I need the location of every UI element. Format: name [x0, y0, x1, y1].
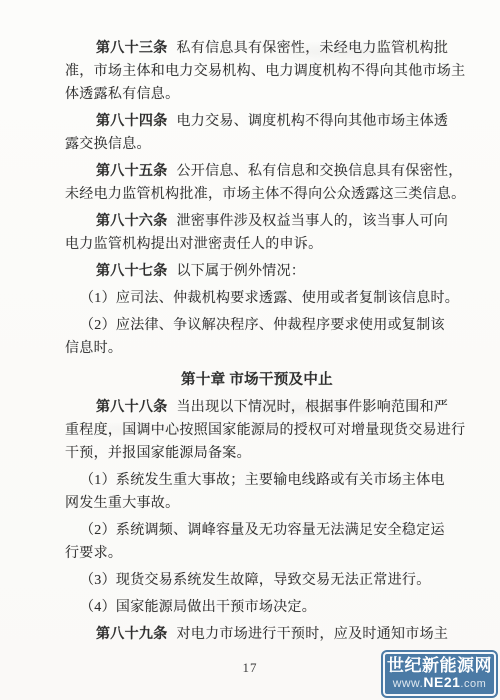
doc-line: 第八十六条泄密事件涉及权益当事人的，该当事人可向 — [65, 210, 477, 233]
doc-line-text: 体透露私有信息。 — [65, 87, 179, 102]
article-number: 第八十八条 — [96, 400, 168, 415]
doc-line-text: 泄密事件涉及权益当事人的，该当事人可向 — [177, 214, 449, 229]
doc-line-text: 电力交易、调度机构不得向其他市场主体透 — [177, 114, 449, 129]
document-page: 第八十三条私有信息具有保密性，未经电力监管机构批准，市场主体和电力交易机构、电力… — [0, 0, 500, 700]
doc-line-text: （2）系统调频、调峰容量及无功容量无法满足安全稳定运 — [80, 523, 445, 538]
doc-line-text: （1）应司法、仲裁机构要求透露、使用或者复制该信息时。 — [80, 291, 459, 306]
doc-line: （3）现货交易系统发生故障，导致交易无法正常进行。 — [65, 569, 477, 592]
doc-line-text: 干预，并报国家能源局备案。 — [65, 446, 251, 461]
article-number: 第八十四条 — [96, 114, 168, 129]
article-number: 第八十五条 — [96, 164, 168, 179]
doc-line: 第八十五条公开信息、私有信息和交换信息具有保密性， — [65, 160, 477, 183]
doc-line-text: 以下属于例外情况： — [177, 264, 306, 279]
doc-line-text: 电力监管机构提出对泄密责任人的申诉。 — [65, 237, 322, 252]
doc-line: 信息时。 — [65, 337, 477, 360]
article-number: 第八十六条 — [96, 214, 168, 229]
doc-line: 重程度，国调中心按照国家能源局的授权可对增量现货交易进行 — [65, 419, 477, 442]
watermark-site-name: 世纪新能源网 — [387, 656, 492, 675]
doc-line-text: 第十章 市场干预及中止 — [181, 372, 333, 388]
watermark-url-suffix: .com — [460, 678, 486, 690]
doc-line-text: 未经电力监管机构批准，市场主体不得向公众透露这三类信息。 — [65, 187, 465, 202]
doc-line: 干预，并报国家能源局备案。 — [65, 442, 477, 465]
doc-line: 第八十三条私有信息具有保密性，未经电力监管机构批 — [65, 37, 477, 60]
doc-line: 第八十四条电力交易、调度机构不得向其他市场主体透 — [65, 110, 477, 133]
doc-line-text: 当出现以下情况时，根据事件影响范围和严 — [177, 400, 449, 415]
doc-line: 准，市场主体和电力交易机构、电力调度机构不得向其他市场主 — [65, 60, 477, 83]
doc-line: 行要求。 — [65, 542, 477, 565]
doc-line: （4）国家能源局做出干预市场决定。 — [65, 596, 477, 619]
doc-line: 第八十九条对电力市场进行干预时，应及时通知市场主 — [65, 623, 477, 646]
doc-line-text: 重程度，国调中心按照国家能源局的授权可对增量现货交易进行 — [65, 423, 465, 438]
doc-line-text: 准，市场主体和电力交易机构、电力调度机构不得向其他市场主 — [65, 64, 465, 79]
doc-line: （2）系统调频、调峰容量及无功容量无法满足安全稳定运 — [65, 519, 477, 542]
doc-line: 未经电力监管机构批准，市场主体不得向公众透露这三类信息。 — [65, 183, 477, 206]
doc-line-text: 对电力市场进行干预时，应及时通知市场主 — [177, 627, 449, 642]
doc-line-text: （3）现货交易系统发生故障，导致交易无法正常进行。 — [80, 573, 431, 588]
document-text-block: 第八十三条私有信息具有保密性，未经电力监管机构批准，市场主体和电力交易机构、电力… — [65, 33, 477, 646]
doc-line-text: 公开信息、私有信息和交换信息具有保密性， — [177, 164, 463, 179]
doc-line-text: （4）国家能源局做出干预市场决定。 — [80, 600, 316, 615]
doc-line: （2）应法律、争议解决程序、仲裁程序要求使用或复制该 — [65, 314, 477, 337]
article-number: 第八十三条 — [96, 41, 168, 56]
article-number: 第八十七条 — [96, 264, 168, 279]
doc-line-text: 私有信息具有保密性，未经电力监管机构批 — [177, 41, 449, 56]
watermark-badge: 世纪新能源网 www.NE21.com — [381, 650, 498, 698]
doc-line: （1）应司法、仲裁机构要求透露、使用或者复制该信息时。 — [65, 287, 477, 310]
watermark-url-prefix: www. — [393, 676, 424, 690]
watermark-border: 世纪新能源网 www.NE21.com — [383, 652, 496, 696]
doc-line-text: 网发生重大事故。 — [65, 496, 179, 511]
doc-line-text: 露交换信息。 — [65, 137, 151, 152]
doc-line-text: （1）系统发生重大事故；主要输电线路或有关市场主体电 — [80, 473, 445, 488]
doc-line: 露交换信息。 — [65, 133, 477, 156]
doc-line-text: 信息时。 — [65, 341, 122, 356]
doc-line: 网发生重大事故。 — [65, 492, 477, 515]
watermark-url: www.NE21.com — [393, 675, 487, 692]
doc-line: 体透露私有信息。 — [65, 83, 477, 106]
doc-line: （1）系统发生重大事故；主要输电线路或有关市场主体电 — [65, 469, 477, 492]
chapter-heading: 第十章 市场干预及中止 — [51, 369, 463, 392]
doc-line: 电力监管机构提出对泄密责任人的申诉。 — [65, 233, 477, 256]
doc-line: 第八十八条当出现以下情况时，根据事件影响范围和严 — [65, 396, 477, 419]
doc-line: 第八十七条以下属于例外情况： — [65, 260, 477, 283]
doc-line-text: （2）应法律、争议解决程序、仲裁程序要求使用或复制该 — [80, 318, 445, 333]
watermark-url-domain: NE21 — [423, 674, 460, 690]
article-number: 第八十九条 — [96, 627, 168, 642]
doc-line-text: 行要求。 — [65, 546, 122, 561]
